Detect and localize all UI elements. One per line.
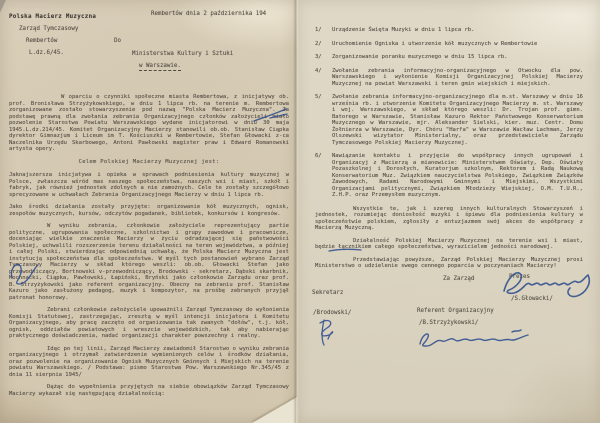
item-number: 6/ [315, 153, 332, 199]
sender-board: Zarząd Tymczasowy [9, 23, 96, 35]
item-text: Urządzenie Święta Muzyki w dniu 1 lipca … [332, 27, 583, 34]
item-text: Zwołanie zebrania informacyjno-organizac… [332, 68, 583, 88]
sender-organization: Polska Macierz Muzyczna [9, 11, 96, 23]
closing-za-zarzad: Za Zarząd [443, 276, 474, 282]
paragraph: Wszystkie te, jak i szereg innych kultur… [315, 206, 583, 232]
signature-strzyzykowski [415, 328, 533, 350]
dateline: Rembertów dnia 2 października 194 [151, 11, 266, 17]
list-item: 5/ Zwołanie zebrania informacyjno-organi… [315, 94, 583, 146]
ink-checkmark [252, 106, 290, 126]
document-page-1: Polska Macierz Muzyczna Zarząd Tymczasow… [0, 0, 297, 423]
closing-sekretarz: Sekretarz [312, 290, 343, 296]
item-number: 5/ [315, 94, 332, 146]
recipient-city: w Warszawie. [139, 63, 181, 71]
letter-body-left: W oparciu o czynniki społeczne miasta Re… [9, 94, 289, 403]
ink-underline [327, 246, 363, 254]
sender-city: Rembertów [9, 35, 96, 47]
item-text: Zorganizowanie poranku muzycznego w dniu… [332, 54, 583, 61]
recipient-organization: Ministerstwa Kultury i Sztuki [132, 51, 233, 57]
list-item: 6/ Nawiązanie kontaktu i przyjęcie do ws… [315, 153, 583, 199]
letter-body-right: 1/ Urządzenie Święta Muzyki w dniu 1 lip… [315, 27, 583, 276]
recipient-do: Do [114, 38, 121, 44]
signature-glowacki [497, 266, 595, 302]
goal-heading: Celem Polskiej Macierzy Muzycznej jest: [9, 159, 289, 166]
paragraph: Idąc po tej linii, Zarząd Macierzy zawia… [9, 346, 289, 379]
page-seam [293, 0, 299, 423]
item-number: 3/ [315, 54, 332, 61]
paragraph: Dążąc do wypełnienia przyjętych na siebi… [9, 384, 289, 397]
sender-reference-number: L.dz.6/45. [9, 47, 96, 59]
paragraph: W wyniku zebrania, członkowie założyciel… [9, 223, 289, 301]
signature-brodowski [311, 316, 347, 348]
list-item: 3/ Zorganizowanie poranku muzycznego w d… [315, 54, 583, 61]
item-number: 1/ [315, 27, 332, 34]
item-text: Zwołanie zebrania informacyjno-organizac… [332, 94, 583, 146]
item-number: 2/ [315, 41, 332, 48]
item-number: 4/ [315, 68, 332, 88]
item-text: Uruchomienie Ogniska i utworzenie kół mu… [332, 41, 583, 48]
paragraph: Zebrani członkowie założyciele upoważnil… [9, 307, 289, 340]
activity-list: 1/ Urządzenie Święta Muzyki w dniu 1 lip… [315, 27, 583, 199]
sender-block: Polska Macierz Muzyczna Zarząd Tymczasow… [9, 11, 96, 59]
closing-referent-name: /B.Strzyżykowski/ [419, 320, 478, 326]
list-item: 4/ Zwołanie zebrania informacyjno-organi… [315, 68, 583, 88]
paragraph: Jako środki działania zostały przyjęte: … [9, 204, 289, 217]
ink-scribble [7, 258, 41, 288]
closing-referent: Referent Organizacyjny [417, 308, 494, 314]
paragraph: Jaknajszersza inicjatywa i opieka w spra… [9, 172, 289, 198]
list-item: 1/ Urządzenie Święta Muzyki w dniu 1 lip… [315, 27, 583, 34]
item-text: Nawiązanie kontaktu i przyjęcie do współ… [332, 153, 583, 199]
document-page-2: 1/ Urządzenie Święta Muzyki w dniu 1 lip… [297, 0, 600, 423]
list-item: 2/ Uruchomienie Ogniska i utworzenie kół… [315, 41, 583, 48]
page-corner-fold [252, 397, 297, 423]
paragraph: W oparciu o czynniki społeczne miasta Re… [9, 94, 289, 153]
